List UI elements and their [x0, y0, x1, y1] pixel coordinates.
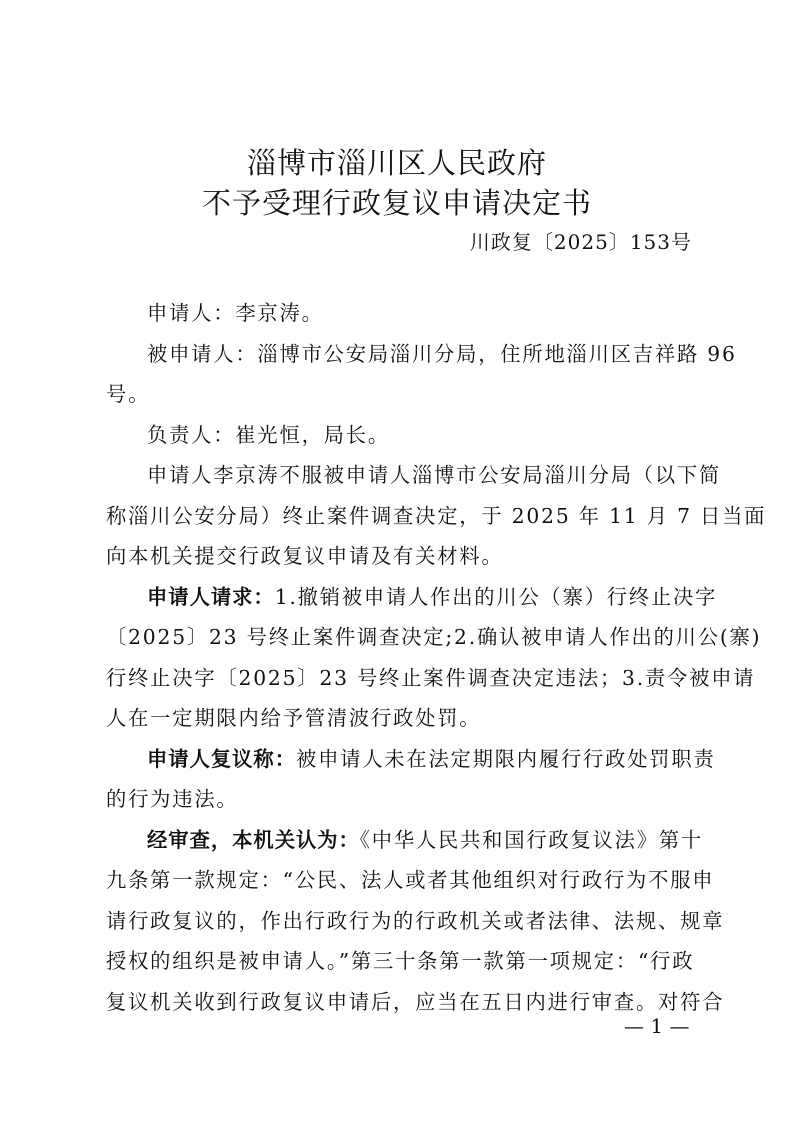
body-text-line: 申请人：李京涛。	[106, 293, 688, 334]
section-label: 经审查，本机关认为：	[147, 828, 360, 852]
body-text-line: 复议机关收到行政复议申请后，应当在五日内进行审查。对符合	[106, 982, 688, 1023]
body-text-line: 申请人请求：1.撤销被申请人作出的川公（寨）行终止决字	[106, 577, 688, 618]
section-label: 申请人请求：	[147, 585, 275, 609]
section-label: 申请人复议称：	[147, 747, 296, 771]
body-text-line: 负责人：崔光恒，局长。	[106, 415, 688, 456]
line-text: 称淄川公安分局）终止案件调查决定，于 2025 年 11 月 7 日当面	[106, 504, 766, 528]
body-text-line: 申请人复议称：被申请人未在法定期限内履行行政处罚职责	[106, 739, 688, 780]
line-text: 人在一定期限内给予管清波行政处罚。	[106, 706, 481, 730]
document-number: 川政复〔2025〕153号	[470, 226, 692, 255]
document-page: 淄博市淄川区人民政府 不予受理行政复议申请决定书 川政复〔2025〕153号 申…	[0, 0, 794, 1123]
line-text: 《中华人民共和国行政复议法》第十	[360, 828, 703, 852]
line-text: 号。	[106, 382, 150, 406]
line-text: 的行为违法。	[106, 787, 239, 811]
body-text-line: 九条第一款规定：“公民、法人或者其他组织对行政行为不服申	[106, 860, 688, 901]
document-issuer-title: 淄博市淄川区人民政府	[0, 141, 794, 182]
body-text-line: 行终止决字〔2025〕23 号终止案件调查决定违法；3.责令被申请	[106, 658, 688, 699]
line-text: 九条第一款规定：“公民、法人或者其他组织对行政行为不服申	[106, 868, 714, 892]
body-text-line: 申请人李京涛不服被申请人淄博市公安局淄川分局（以下简	[106, 455, 688, 496]
body-text-line: 向本机关提交行政复议申请及有关材料。	[106, 536, 688, 577]
body-text-line: 的行为违法。	[106, 779, 688, 820]
body-text-line: 请行政复议的，作出行政行为的行政机关或者法律、法规、规章	[106, 901, 688, 942]
line-text: 1.撤销被申请人作出的川公（寨）行终止决字	[275, 585, 718, 609]
line-text: 被申请人：淄博市公安局淄川分局，住所地淄川区吉祥路 96	[147, 342, 737, 366]
body-text-line: 人在一定期限内给予管清波行政处罚。	[106, 698, 688, 739]
line-text: 被申请人未在法定期限内履行行政处罚职责	[296, 747, 716, 771]
line-text: 负责人：崔光恒，局长。	[147, 423, 390, 447]
line-text: 向本机关提交行政复议申请及有关材料。	[106, 544, 503, 568]
line-text: 行终止决字〔2025〕23 号终止案件调查决定违法；3.责令被申请	[106, 666, 755, 690]
document-title: 不予受理行政复议申请决定书	[0, 181, 794, 222]
line-text: 〔2025〕23 号终止案件调查决定;2.确认被申请人作出的川公(寨)	[106, 625, 761, 649]
body-text-line: 被申请人：淄博市公安局淄川分局，住所地淄川区吉祥路 96	[106, 334, 688, 375]
body-text-line: 经审查，本机关认为：《中华人民共和国行政复议法》第十	[106, 820, 688, 861]
body-text-line: 〔2025〕23 号终止案件调查决定;2.确认被申请人作出的川公(寨)	[106, 617, 688, 658]
line-text: 复议机关收到行政复议申请后，应当在五日内进行审查。对符合	[106, 990, 724, 1014]
page-number: — 1 —	[624, 1014, 689, 1038]
line-text: 请行政复议的，作出行政行为的行政机关或者法律、法规、规章	[106, 909, 724, 933]
body-text-line: 号。	[106, 374, 688, 415]
body-text-line: 称淄川公安分局）终止案件调查决定，于 2025 年 11 月 7 日当面	[106, 496, 688, 537]
body-text-line: 授权的组织是被申请人。”第三十条第一款第一项规定：“行政	[106, 941, 688, 982]
line-text: 授权的组织是被申请人。”第三十条第一款第一项规定：“行政	[106, 949, 694, 973]
document-body: 申请人：李京涛。被申请人：淄博市公安局淄川分局，住所地淄川区吉祥路 96号。负责…	[106, 293, 688, 1022]
line-text: 申请人李京涛不服被申请人淄博市公安局淄川分局（以下简	[147, 463, 721, 487]
line-text: 申请人：李京涛。	[147, 301, 324, 325]
